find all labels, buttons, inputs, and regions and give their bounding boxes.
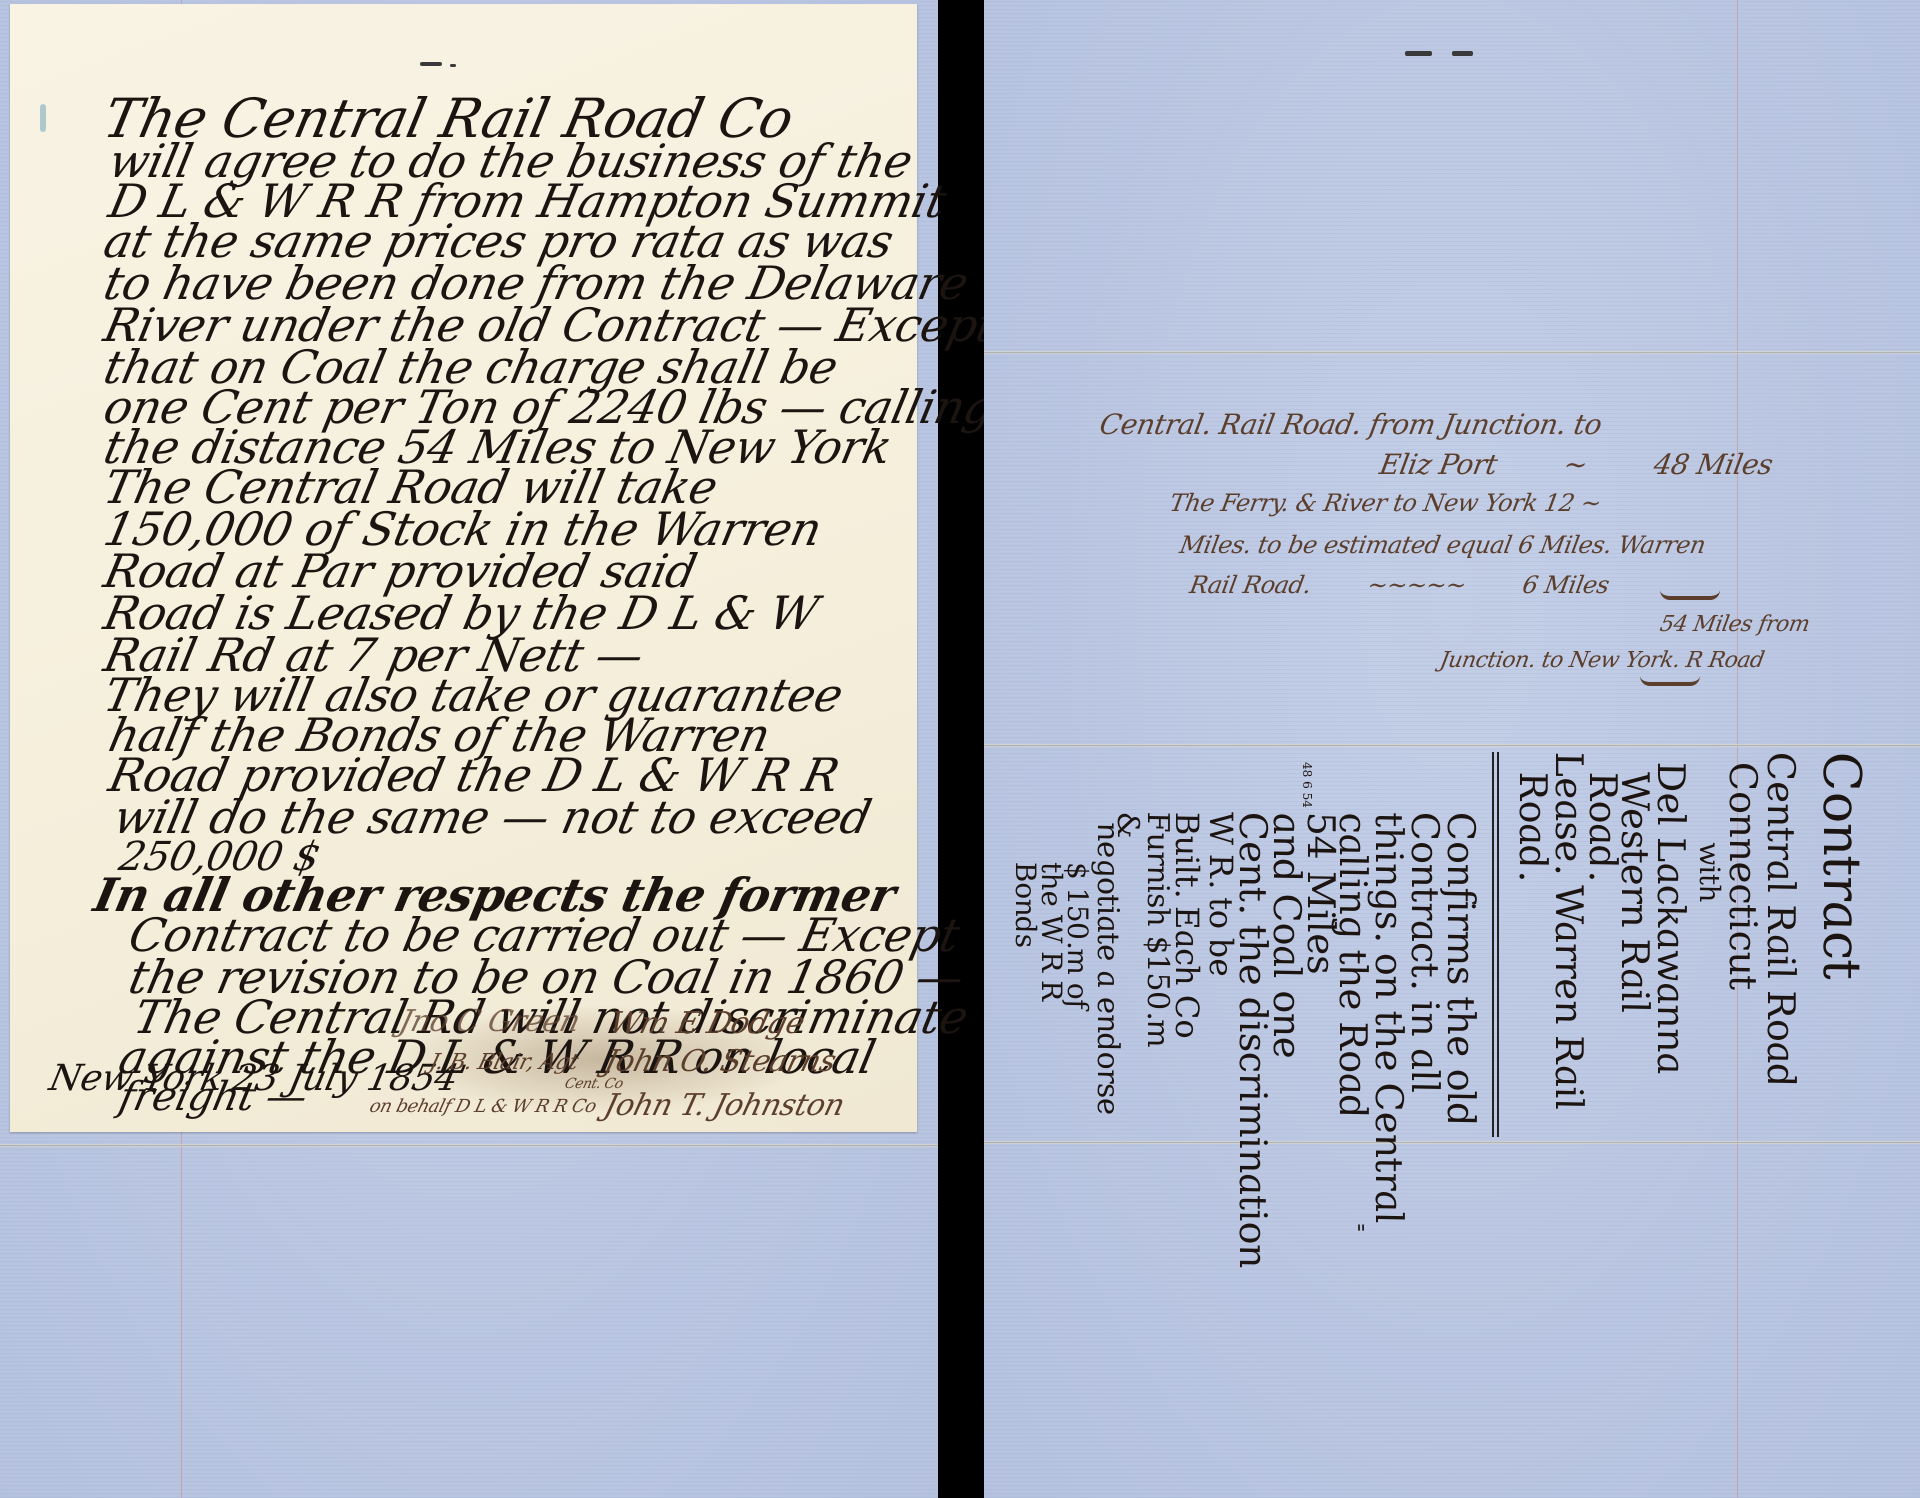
docket-divider-a xyxy=(1492,752,1494,1137)
handwritten-agreement-page: The Central Rail Road Co will agree to d… xyxy=(10,4,917,1132)
top-mark xyxy=(420,62,442,66)
memo-line-6: 54 Miles from xyxy=(1657,610,1811,640)
signature-behalf-note: on behalf D L & W R R Co xyxy=(367,1096,598,1117)
memo-line-1: Central. Rail Road. from Junction. to xyxy=(1097,410,1604,440)
docket-line-3: with xyxy=(1688,838,1730,906)
right-margin-line xyxy=(1737,0,1738,1498)
docket-line-8: Road. xyxy=(1512,768,1554,883)
memo-line-7: Junction. to New York. R Road xyxy=(1437,646,1766,676)
blue-spot xyxy=(40,104,46,132)
memo-flourish-2 xyxy=(1640,676,1700,686)
docket-divider-b xyxy=(1497,752,1499,1137)
memo-line-5: Rail Road. ~~~~~ 6 Miles xyxy=(1187,570,1611,600)
right-fold-line-1 xyxy=(984,351,1920,354)
signature-jno-c-green: Jno C Green xyxy=(396,1004,584,1039)
docket-note-10: Furnish $150.m xyxy=(1136,808,1178,1050)
top-mark-dash-1 xyxy=(1405,51,1432,56)
docket-note-15: Bonds xyxy=(1004,858,1046,951)
fraction-top: 48 xyxy=(1300,762,1314,777)
docket-line-1: Central Rail Road xyxy=(1760,748,1802,1090)
rotated-docket: Contract Central Rail Road Connecticut w… xyxy=(1000,752,1900,1137)
signature-john-t-johnston: John T. Johnston xyxy=(601,1088,848,1123)
docket-fraction: 48 6 54 xyxy=(1300,762,1314,808)
left-fold-line xyxy=(0,1144,938,1147)
memo-line-4: Miles. to be estimated equal 6 Miles. Wa… xyxy=(1177,530,1707,560)
bottom-mark: " xyxy=(1356,1222,1366,1247)
memo-flourish-1 xyxy=(1660,590,1720,600)
top-mark-dot xyxy=(450,64,456,67)
top-mark-dash-2 xyxy=(1452,51,1473,56)
right-blue-sheet: " xyxy=(984,0,1920,1498)
memo-line-3: The Ferry. & River to New York 12 ~ xyxy=(1167,488,1603,518)
right-fold-line-3 xyxy=(984,1141,1920,1144)
memo-line-2: Eliz Port ~ 48 Miles xyxy=(1377,450,1774,480)
right-fold-line-2 xyxy=(984,744,1920,747)
signature-wm-e-dodge: Wm E Dodge xyxy=(606,1006,808,1041)
fraction-middle: 6 xyxy=(1300,781,1314,789)
signature-j-b-blair: J. B. Blair, Agt xyxy=(427,1050,581,1075)
docket-title: Contract xyxy=(1820,748,1862,983)
signature-john-o-stearns: John O. Stearns xyxy=(601,1044,840,1079)
fraction-bottom: 54 xyxy=(1300,793,1314,808)
